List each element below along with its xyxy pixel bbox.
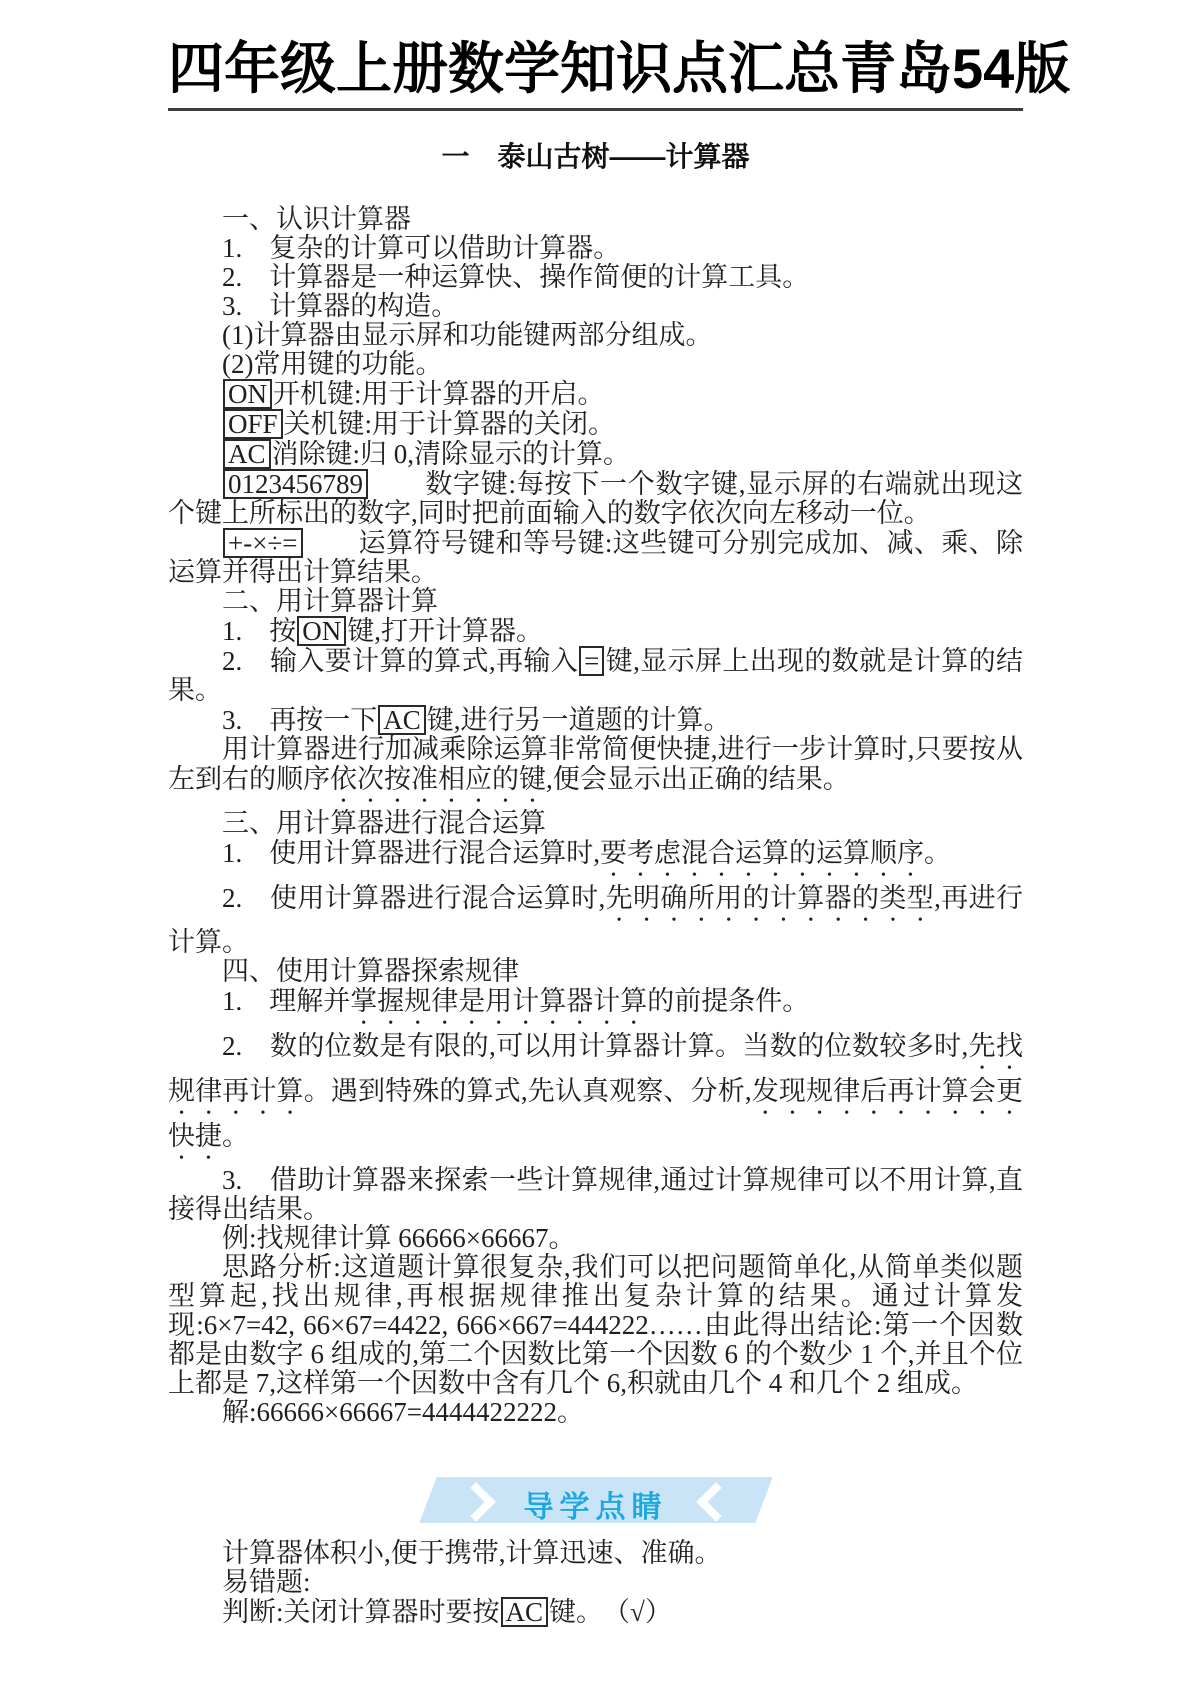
paragraph: 2. 输入要计算的算式,再输入=键,显示屏上出现的数就是计算的结果。 bbox=[168, 646, 1023, 705]
text-run: 2. 计算器是一种运算快、操作简便的计算工具。 bbox=[222, 262, 809, 292]
key-button-box: ON bbox=[297, 616, 346, 646]
text-run: (1)计算器由显示屏和功能键两部分组成。 bbox=[222, 320, 712, 350]
paragraph: AC消除键:归 0,清除显示的计算。 bbox=[168, 439, 1023, 469]
text-run: 1. 理解并 bbox=[222, 986, 350, 1016]
text-run: 易错题: bbox=[222, 1567, 311, 1597]
paragraph: 三、用计算器进行混合运算 bbox=[168, 809, 1023, 838]
text-run: 四、使用计算器探索规律 bbox=[222, 956, 519, 986]
text-run: 3. 计算器的构造。 bbox=[222, 291, 458, 321]
paragraph: (2)常用键的功能。 bbox=[168, 350, 1023, 379]
paragraph: 1. 使用计算器进行混合运算时,要考虑混合运算的运算顺序。 bbox=[168, 838, 1023, 883]
paragraph: OFF关机键:用于计算器的关闭。 bbox=[168, 409, 1023, 439]
key-button-box: ON bbox=[223, 379, 272, 409]
paragraph: 1. 按ON键,打开计算器。 bbox=[168, 616, 1023, 646]
text-run: 消除键:归 0,清除显示的计算。 bbox=[272, 439, 631, 469]
key-button-box: +-×÷= bbox=[223, 528, 303, 558]
content-column: 四年级上册数学知识点汇总青岛54版 一 泰山古树——计算器 一、认识计算器1. … bbox=[168, 36, 1023, 1427]
document-page: 四年级上册数学知识点汇总青岛54版 一 泰山古树——计算器 一、认识计算器1. … bbox=[0, 0, 1191, 1684]
key-button-box: AC bbox=[378, 705, 426, 735]
paragraph: 1. 理解并掌握规律是用计算器计算的前提条件。 bbox=[168, 986, 1023, 1031]
text-run: 键,打开计算器。 bbox=[347, 616, 543, 646]
text-run: 的前提条件。 bbox=[647, 986, 809, 1016]
paragraph: 解:66666×66667=4444422222。 bbox=[168, 1398, 1023, 1427]
text-run: 二、用计算器计算 bbox=[222, 586, 438, 616]
key-button-box: OFF bbox=[223, 409, 283, 439]
text-run: 思路分析:这道题计算很复杂,我们可以把问题简单化,从简单类似题型算起,找出规律,… bbox=[168, 1252, 1023, 1398]
paragraph: 2. 数的位数是有限的,可以用计算器计算。当数的位数较多时,先找规律再计算。遇到… bbox=[168, 1031, 1023, 1166]
paragraph: (1)计算器由显示屏和功能键两部分组成。 bbox=[168, 321, 1023, 350]
badge-label: 导学点睛 bbox=[428, 1482, 764, 1526]
paragraph: 3. 再按一下AC键,进行另一道题的计算。 bbox=[168, 705, 1023, 735]
section-heading: 一 泰山古树——计算器 bbox=[168, 141, 1023, 173]
emphasized-text: 先明确所用的计算器的类型 bbox=[605, 883, 934, 913]
text-run: 1. 使用计算器进行混合运算时, bbox=[222, 838, 600, 868]
paragraph: 二、用计算器计算 bbox=[168, 587, 1023, 616]
text-run: 2. 使用计算器进行混合运算时, bbox=[222, 883, 605, 913]
paragraph: 计算器体积小,便于携带,计算迅速、准确。 bbox=[168, 1539, 1023, 1568]
text-run: 三、用计算器进行混合运算 bbox=[222, 808, 546, 838]
paragraph: 四、使用计算器探索规律 bbox=[168, 957, 1023, 986]
text-run: 1. 按 bbox=[222, 616, 296, 646]
key-button-box: AC bbox=[223, 439, 271, 469]
paragraph: 思路分析:这道题计算很复杂,我们可以把问题简单化,从简单类似题型算起,找出规律,… bbox=[168, 1253, 1023, 1398]
text-run: 。 bbox=[222, 1121, 249, 1151]
key-button-box: 0123456789 bbox=[223, 469, 368, 499]
text-run: 计算器体积小,便于携带,计算迅速、准确。 bbox=[222, 1538, 722, 1568]
paragraph: 例:找规律计算 66666×66667。 bbox=[168, 1224, 1023, 1253]
title-underline bbox=[168, 108, 1023, 111]
text-run: 开机键:用于计算器的开启。 bbox=[273, 379, 605, 409]
paragraph: ON开机键:用于计算器的开启。 bbox=[168, 379, 1023, 409]
text-run: 例:找规律计算 66666×66667。 bbox=[222, 1223, 575, 1253]
text-run: (2)常用键的功能。 bbox=[222, 349, 442, 379]
text-run: 键。 （√） bbox=[549, 1597, 672, 1627]
paragraph: 一、认识计算器 bbox=[168, 205, 1023, 234]
emphasized-text: 要考虑混合运算的运算顺序 bbox=[600, 838, 924, 868]
text-run: 键,进行另一道题的计算。 bbox=[427, 705, 731, 735]
paragraph: 0123456789 数字键:每按下一个数字键,显示屏的右端就出现这个键上所标出… bbox=[168, 469, 1023, 528]
paragraph: 1. 复杂的计算可以借助计算器。 bbox=[168, 234, 1023, 263]
study-tips: 计算器体积小,便于携带,计算迅速、准确。易错题:判断:关闭计算器时要按AC键。 … bbox=[168, 1539, 1023, 1627]
text-run: 2. 输入要计算的算式,再输入 bbox=[222, 646, 578, 676]
text-run: 一、认识计算器 bbox=[222, 204, 411, 234]
paragraph: 判断:关闭计算器时要按AC键。 （√） bbox=[168, 1597, 1023, 1627]
paragraph: 易错题: bbox=[168, 1568, 1023, 1597]
text-run: 1. 复杂的计算可以借助计算器。 bbox=[222, 233, 620, 263]
text-run: 判断:关闭计算器时要按 bbox=[222, 1597, 500, 1627]
text-run: 关机键:用于计算器的关闭。 bbox=[284, 409, 616, 439]
paragraph: 3. 计算器的构造。 bbox=[168, 292, 1023, 321]
knowledge-points: 一、认识计算器1. 复杂的计算可以借助计算器。2. 计算器是一种运算快、操作简便… bbox=[168, 205, 1023, 1427]
key-button-box: AC bbox=[501, 1597, 549, 1627]
ribbon-badge: 导学点睛 bbox=[428, 1477, 764, 1523]
emphasized-text: 依次按准相应的键 bbox=[330, 764, 546, 794]
paragraph: 2. 计算器是一种运算快、操作简便的计算工具。 bbox=[168, 263, 1023, 292]
text-run: 3. 借助计算器来探索一些计算规律,通过计算规律可以不用计算,直接得出结果。 bbox=[168, 1165, 1023, 1224]
paragraph: +-×÷= 运算符号键和等号键:这些键可分别完成加、减、乘、除运算并得出计算结果… bbox=[168, 528, 1023, 587]
paragraph: 3. 借助计算器来探索一些计算规律,通过计算规律可以不用计算,直接得出结果。 bbox=[168, 1166, 1023, 1224]
text-run: 。 bbox=[924, 838, 951, 868]
text-run: 3. 再按一下 bbox=[222, 705, 377, 735]
text-run: 。遇到特殊的算式,先认真观察、分析, bbox=[304, 1076, 752, 1106]
key-button-box: = bbox=[579, 646, 604, 676]
text-run: 2. 数的位数是有限的,可以用计算器计算。当数的位数较多时, bbox=[222, 1031, 968, 1061]
text-run: 解:66666×66667=4444422222。 bbox=[222, 1397, 584, 1427]
emphasized-text: 掌握规律是用计算器计算 bbox=[350, 986, 647, 1016]
paragraph: 用计算器进行加减乘除运算非常简便快捷,进行一步计算时,只要按从左到右的顺序依次按… bbox=[168, 735, 1023, 809]
text-run: ,便会显示出正确的结果。 bbox=[546, 764, 850, 794]
page-title: 四年级上册数学知识点汇总青岛54版 bbox=[168, 36, 1023, 102]
paragraph: 2. 使用计算器进行混合运算时,先明确所用的计算器的类型,再进行计算。 bbox=[168, 883, 1023, 957]
